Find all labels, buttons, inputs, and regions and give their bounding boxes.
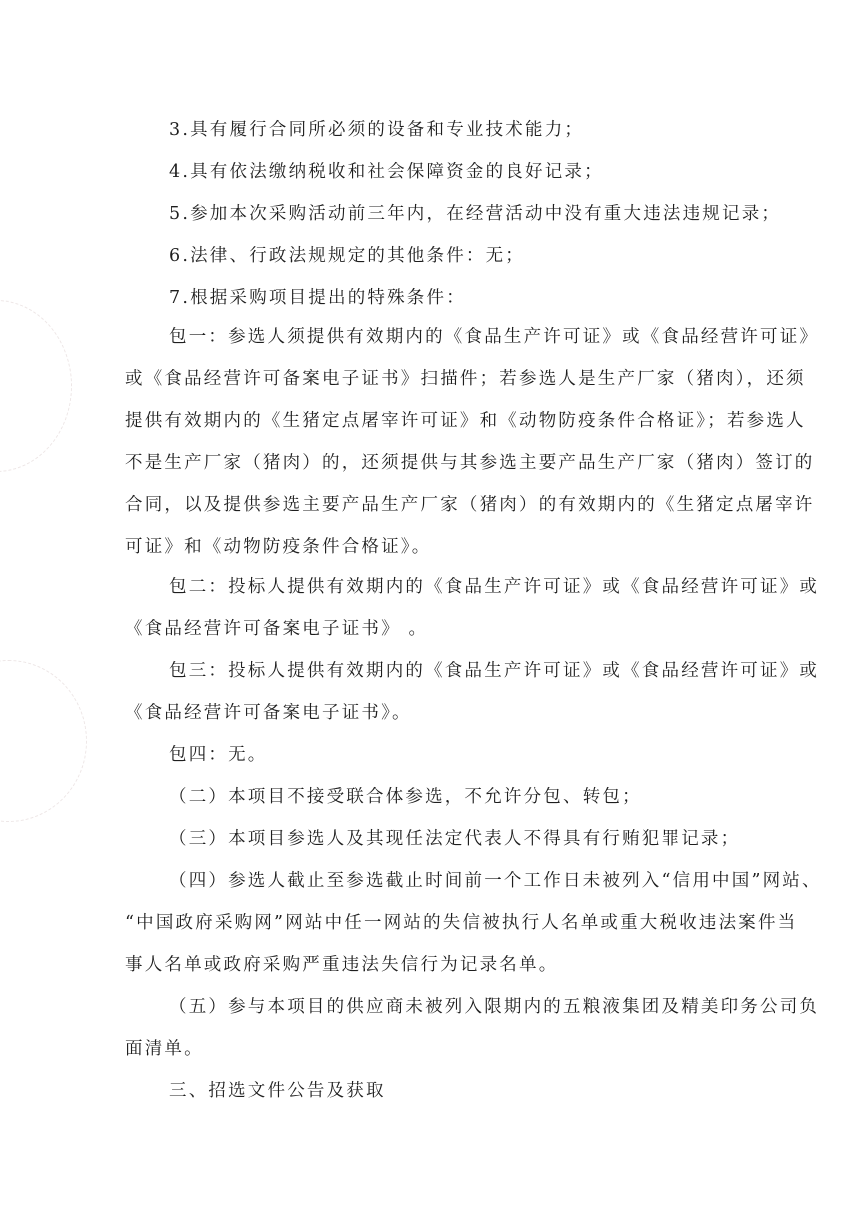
document-text-line: 包三：投标人提供有效期内的《食品生产许可证》或《食品经营许可证》或 xyxy=(169,659,819,683)
faded-seal-stamp xyxy=(0,300,72,472)
document-text-line: 面清单。 xyxy=(125,1037,204,1061)
document-text-line: 提供有效期内的《生猪定点屠宰许可证》和《动物防疫条件合格证》；若参选人 xyxy=(125,409,806,433)
document-text-line: 7.根据采购项目提出的特殊条件： xyxy=(169,286,466,310)
document-text-line: 《食品经营许可备案电子证书》 。 xyxy=(125,617,428,641)
document-text-line: 包四：无。 xyxy=(169,743,268,767)
document-text-line: 3.具有履行合同所必须的设备和专业技术能力； xyxy=(169,118,584,142)
faded-seal-stamp xyxy=(0,660,87,822)
document-text-line: 或《食品经营许可备案电子证书》扫描件；若参选人是生产厂家（猪肉），还须 xyxy=(125,367,806,391)
document-text-line: 事人名单或政府采购严重违法失信行为记录名单。 xyxy=(125,953,558,977)
document-text-line: 包二：投标人提供有效期内的《食品生产许可证》或《食品经营许可证》或 xyxy=(169,575,819,599)
document-text-line: 4.具有依法缴纳税收和社会保障资金的良好记录； xyxy=(169,160,604,184)
document-text-line: （四）参选人截止至参选截止时间前一个工作日未被列入“信用中国”网站、 xyxy=(169,869,822,893)
document-text-line: 可证》和《动物防疫条件合格证》。 xyxy=(125,535,431,559)
document-text-line: 三、招选文件公告及获取 xyxy=(169,1079,386,1103)
document-text-line: 包一：参选人须提供有效期内的《食品生产许可证》或《食品经营许可证》 xyxy=(169,325,819,349)
document-text-line: 不是生产厂家（猪肉）的，还须提供与其参选主要产品生产厂家（猪肉）签订的 xyxy=(125,451,815,475)
document-text-line: “中国政府采购网”网站中任一网站的失信被执行人名单或重大税收违法案件当 xyxy=(125,911,797,935)
document-text-line: （五）参与本项目的供应商未被列入限期内的五粮液集团及精美印务公司负 xyxy=(169,995,819,1019)
document-text-line: 5.参加本次采购活动前三年内，在经营活动中没有重大违法违规记录； xyxy=(169,202,781,226)
document-text-line: 6.法律、行政法规规定的其他条件：无； xyxy=(169,244,525,268)
document-text-line: 合同，以及提供参选主要产品生产厂家（猪肉）的有效期内的《生猪定点屠宰许 xyxy=(125,493,815,517)
document-text-line: （二）本项目不接受联合体参选，不允许分包、转包； xyxy=(169,785,642,809)
document-text-line: 《食品经营许可备案电子证书》。 xyxy=(125,701,412,725)
document-text-line: （三）本项目参选人及其现任法定代表人不得具有行贿犯罪记录； xyxy=(169,827,740,851)
